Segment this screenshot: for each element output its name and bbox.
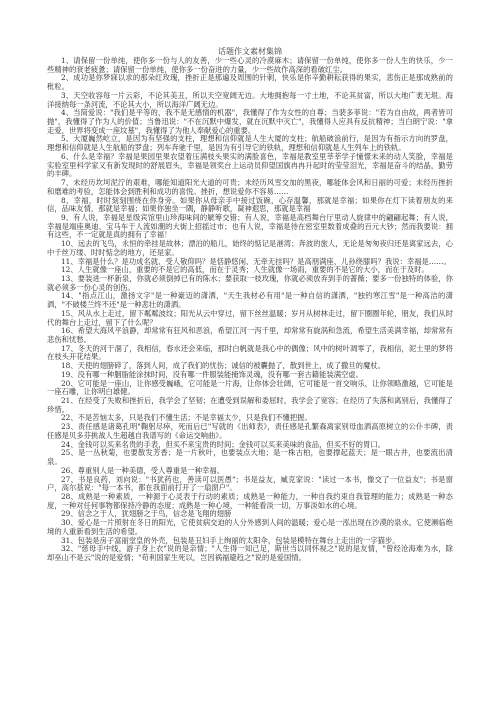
paragraph-25: 25、是一丛秋菊，也要散发芳香；是一片秋叶，也要装点大地；是一株古柏，也要撑起蓝…	[47, 449, 453, 466]
document-page: 话题作文素材集锦 1、请保留一份单纯，使你多一份与人的友善，少一些心灵的冷漠麻木…	[47, 47, 453, 563]
paragraph-2: 2、成功是你梦寐以求的那朵红玫瑰，挫折正是那遍及周围的针刺，快乐是你辛勤耕耘获得…	[47, 74, 453, 91]
paragraph-20: 20、它可能是一座山，让你感受巍峨，它可能是一片海，让你体会壮阔，它可能是一首交…	[47, 380, 453, 397]
paragraph-17: 17、冬天的河干涸了，我相信，春水还会来临，那时白帆就是我心中的偶像；风中的树叶…	[47, 345, 453, 362]
paragraph-28: 28、成熟是一种素质，一种源于心灵表于行动的素质；成熟是一种能力，一种自我约束自…	[47, 493, 453, 510]
paragraph-14: 14、"指点江山，激扬文字"是一种豪迈的潇洒，"天生我材必有用"是一种自信的潇洒…	[47, 292, 453, 309]
paragraph-10: 10、远去的飞鸟，永恒的牵挂是故林；漂泊的船儿，始终的惦记是港湾；奔波的旅人，无…	[47, 240, 453, 257]
paragraph-30: 30、爱心是一片照射在冬日的阳光，它使贫病交迫的人分外感到人间的温暖；爱心是一泓…	[47, 519, 453, 536]
paragraph-15: 15、风从水上走过，留下粼粼波纹；阳光从云中穿过，留下丝丝温暖；岁月从树林走过，…	[47, 310, 453, 327]
paragraph-13: 13、要装进一杯新泉，你就必须倒掉已有的陈水；要获取一枝玫瑰，你就必须放弃到手的…	[47, 275, 453, 292]
paragraph-21: 21、在经受了失败和挫折后，我学会了坚韧；在遭受到误解和委屈时，我学会了宽容；在…	[47, 397, 453, 414]
paragraph-23: 23、责任感是诸葛孔明"鞠躬尽瘁，死而后已"写就的《出师表》，责任感是孔繁森离家…	[47, 423, 453, 440]
paragraph-7: 7、未经历坎坷泥泞的艰难，哪能知道阳光大道的可贵；未经历风雪交加的黑夜，哪能体会…	[47, 179, 453, 196]
paragraph-8: 8、幸福，时时刻刻围绕在你身旁。如果你从母亲手中接过饭碗，心存温馨，那就是幸福；…	[47, 197, 453, 214]
paragraph-3: 3、天空收容每一片云彩，不论其美丑，所以天空宽阔无边。大地拥抱每一寸土地，不论其…	[47, 92, 453, 109]
paragraph-32: 32、"慈母手中线，游子身上衣"说的是亲情；"人生得一知己足，斯世当以同怀视之"…	[47, 545, 453, 562]
paragraph-6: 6、什么是幸福？幸福是果园里果农望着压满枝头果实的满脸喜色，幸福是教室里莘莘学子…	[47, 153, 453, 179]
paragraph-5: 5、大厦巍然屹立，是因为有坚强的支柱，理想和信仰就是人生大厦的支柱；航船破浪前行…	[47, 135, 453, 152]
paragraph-9: 9、有人说，幸福是星级宾馆里山珍海味间的觥筹交错；有人说，幸福是高档舞台厅里动人…	[47, 214, 453, 240]
paragraph-16: 16、希望大海风平浪静，却常常有狂风和恶浪，希望江河一泻千里，却常常有旋涡和急流…	[47, 327, 453, 344]
document-body: 1、请保留一份单纯，使你多一份与人的友善，少一些心灵的冷漠麻木；请保留一份单纯，…	[47, 57, 453, 563]
paragraph-1: 1、请保留一份单纯，使你多一份与人的友善，少一些心灵的冷漠麻木；请保留一份单纯，…	[47, 57, 453, 74]
paragraph-4: 4、当简爱说："我们是平等的，我不是无感情的机器"，我懂得了作为女性的自尊；当裴…	[47, 109, 453, 135]
paragraph-27: 27、书是良药，刘向说："书犹药也，善读可以医愚"；书是益友，臧克家说："读过一…	[47, 476, 453, 493]
